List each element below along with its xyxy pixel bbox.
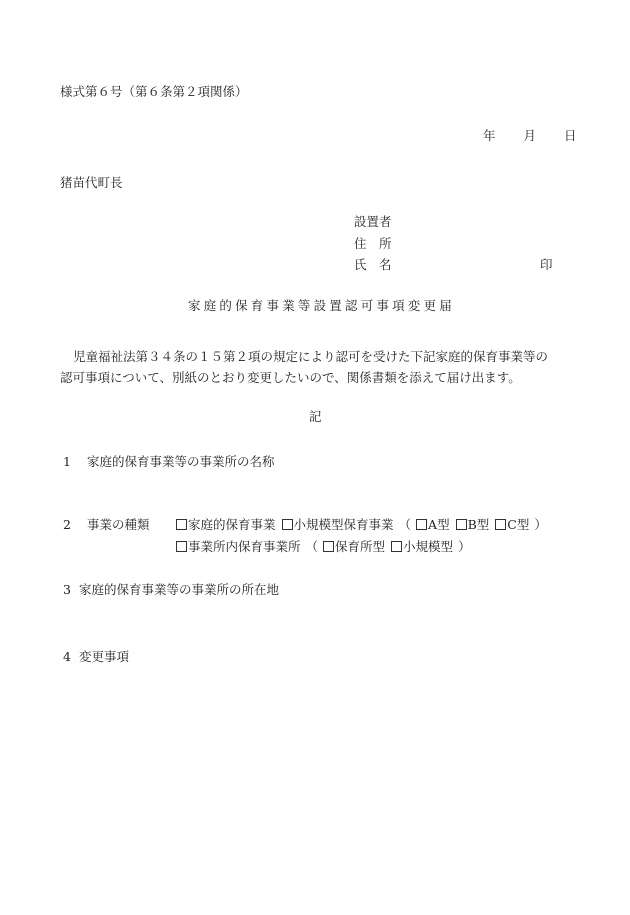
item-number: 4: [63, 651, 79, 664]
checkbox-family-daycare[interactable]: [176, 519, 187, 530]
option-small-scale-daycare: 小規模型保育事業: [294, 517, 394, 532]
open-paren: （: [394, 519, 417, 532]
seal-label: 印: [540, 259, 553, 272]
item-number: 2: [63, 519, 87, 532]
item-label: 家庭的保育事業等の事業所の所在地: [79, 582, 279, 597]
document-page: 様式第６号（第６条第２項関係） 年 月 日 猪苗代町長 設置者 住 所 氏 名 …: [0, 0, 630, 915]
applicant-role-label: 設置者: [354, 214, 392, 229]
option-small-type: 小規模型: [403, 539, 453, 554]
checkbox-type-c[interactable]: [495, 519, 506, 530]
applicant-address-row: 住 所: [354, 238, 564, 260]
name-label: 氏 名: [354, 257, 392, 272]
form-number: 様式第６号（第６条第２項関係）: [60, 86, 248, 99]
item-number: 3: [63, 584, 79, 597]
month-label: 月: [524, 130, 537, 143]
item-label: 事業の種類: [87, 519, 176, 532]
checkbox-nursery-type[interactable]: [323, 541, 334, 552]
item-number: 1: [63, 456, 87, 469]
item-4: 4変更事項: [63, 651, 129, 664]
item-3: 3家庭的保育事業等の事業所の所在地: [63, 584, 279, 597]
checkbox-workplace-daycare[interactable]: [176, 541, 187, 552]
close-paren: ）: [529, 519, 552, 532]
date-line: 年 月 日: [483, 130, 577, 143]
checkbox-type-a[interactable]: [416, 519, 427, 530]
option-type-c: C型: [507, 517, 529, 532]
item-label: 変更事項: [79, 649, 129, 664]
item-label: 家庭的保育事業等の事業所の名称: [87, 454, 275, 469]
option-type-b: B型: [468, 517, 490, 532]
body-line-1: 児童福祉法第３４条の１５第２項の規定により認可を受けた下記家庭的保育事業等の: [60, 346, 548, 367]
year-label: 年: [483, 130, 496, 143]
item-2: 2事業の種類家庭的保育事業小規模型保育事業（A型B型C型）: [63, 519, 552, 532]
close-paren: ）: [453, 541, 476, 554]
item-2-row-2: 事業所内保育事業所（保育所型小規模型）: [176, 541, 476, 554]
applicant-role-row: 設置者: [354, 216, 564, 238]
body-line-2: 認可事項について、別紙のとおり変更したいので、関係書類を添えて届け出ます。: [60, 367, 548, 388]
recipient: 猪苗代町長: [60, 177, 123, 190]
option-family-daycare: 家庭的保育事業: [188, 517, 276, 532]
option-workplace-daycare: 事業所内保育事業所: [188, 539, 301, 554]
checkbox-type-b[interactable]: [456, 519, 467, 530]
day-label: 日: [564, 130, 577, 143]
option-nursery-type: 保育所型: [335, 539, 385, 554]
applicant-name-row: 氏 名 印: [354, 259, 564, 281]
item-1: 1家庭的保育事業等の事業所の名称: [63, 456, 275, 469]
body-paragraph: 児童福祉法第３４条の１５第２項の規定により認可を受けた下記家庭的保育事業等の 認…: [60, 346, 548, 388]
applicant-block: 設置者 住 所 氏 名 印: [354, 216, 564, 281]
option-type-a: A型: [428, 517, 450, 532]
ki-heading: 記: [309, 411, 322, 424]
checkbox-small-scale-daycare[interactable]: [282, 519, 293, 530]
document-title: 家庭的保育事業等設置認可事項変更届: [188, 300, 455, 313]
address-label: 住 所: [354, 236, 392, 251]
checkbox-small-type[interactable]: [391, 541, 402, 552]
open-paren: （: [301, 541, 324, 554]
